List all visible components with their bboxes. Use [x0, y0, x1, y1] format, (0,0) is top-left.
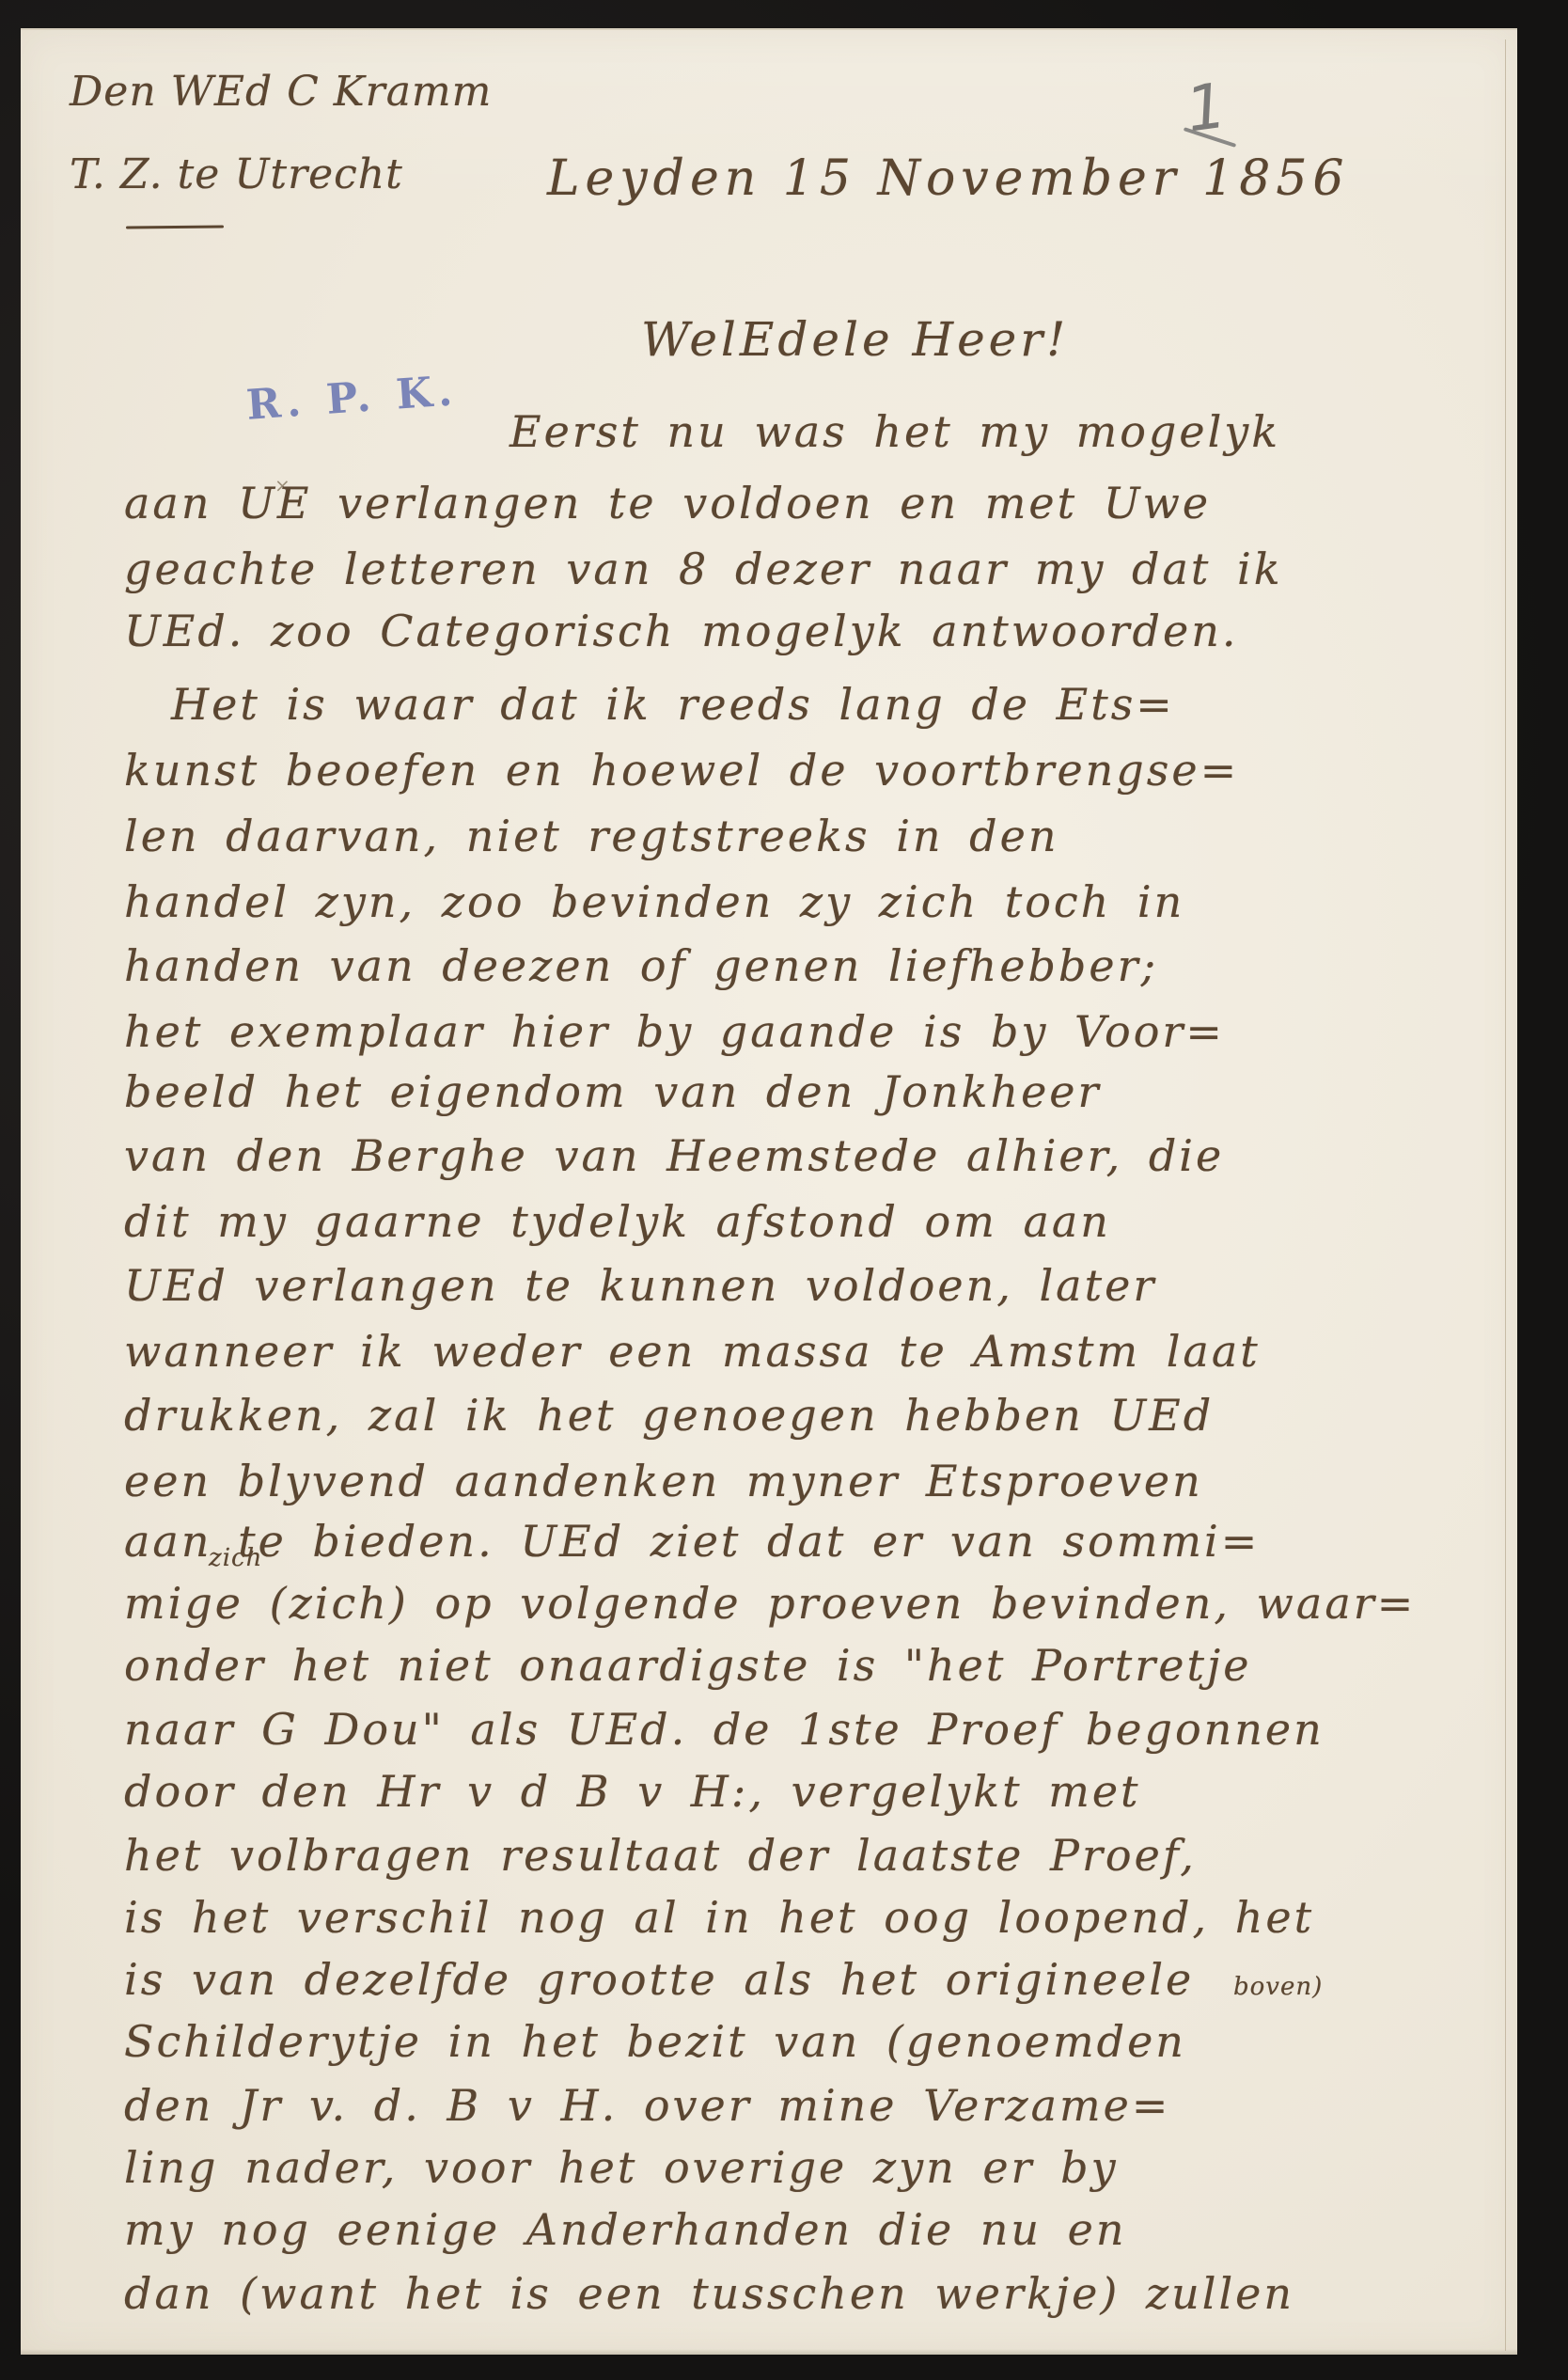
body-line: Schilderytje in het bezit van (genoemden: [124, 2016, 1186, 2067]
body-line: ling nader, voor het overige zyn er by: [124, 2142, 1119, 2193]
body-line: door den Hr v d B v H:, vergelykt met: [124, 1766, 1141, 1817]
body-line: onder het niet onaardigste is "het Portr…: [124, 1640, 1251, 1691]
body-line: het exemplaar hier by gaande is by Voor=: [124, 1006, 1225, 1057]
body-line: Het is waar dat ik reeds lang de Ets=: [171, 679, 1175, 730]
letter-page: Den WEd C Kramm T. Z. te Utrecht Leyden …: [21, 28, 1517, 2355]
body-line: dan (want het is een tusschen werkje) zu…: [124, 2268, 1294, 2319]
body-line: kunst beoefen en hoewel de voortbrengse=: [124, 745, 1239, 796]
body-line: den Jr v. d. B v H. over mine Verzame=: [124, 2080, 1170, 2131]
body-line: len daarvan, niet regtstreeks in den: [124, 811, 1058, 861]
body-line: van den Berghe van Heemstede alhier, die: [124, 1130, 1224, 1181]
body-line: handel zyn, zoo bevinden zy zich toch in: [124, 876, 1184, 927]
body-line: beeld het eigendom van den Jonkheer: [124, 1066, 1102, 1117]
body-line: naar G Dou" als UEd. de 1ste Proef begon…: [124, 1704, 1325, 1755]
body-line: drukken, zal ik het genoegen hebben UEd: [124, 1390, 1214, 1441]
body-line: handen van deezen of genen liefhebber;: [124, 940, 1158, 991]
body-line: een blyvend aandenken myner Etsproeven: [124, 1456, 1203, 1506]
interlinear-insertion: boven): [1233, 1973, 1323, 2001]
body-line: aan te bieden. UEd ziet dat er van sommi…: [124, 1516, 1260, 1567]
body-line: is het verschil nog al in het oog loopen…: [124, 1892, 1314, 1943]
interlinear-insertion: zich: [209, 1544, 262, 1572]
body-line: UEd. zoo Categorisch mogelyk antwoorden.: [124, 606, 1238, 656]
body-line: UEd verlangen te kunnen voldoen, later: [124, 1260, 1156, 1311]
letter-body: Eerst nu was het my mogelyk aan UE verla…: [21, 30, 1517, 2355]
body-line: geachte letteren van 8 dezer naar my dat…: [124, 544, 1283, 594]
body-line: aan UE verlangen te voldoen en met Uwe: [124, 478, 1211, 528]
body-line: Eerst nu was het my mogelyk: [510, 406, 1280, 457]
body-line: wanneer ik weder een massa te Amstm laat: [124, 1326, 1261, 1377]
body-line: mige (zich) op volgende proeven bevinden…: [124, 1578, 1416, 1629]
body-line: het volbragen resultaat der laatste Proe…: [124, 1830, 1197, 1881]
body-line: my nog eenige Anderhanden die nu en: [124, 2204, 1127, 2255]
body-line: is van dezelfde grootte als het originee…: [124, 1954, 1194, 2005]
paper-bottom-edge: [21, 2349, 1517, 2355]
body-line: dit my gaarne tydelyk afstond om aan: [124, 1196, 1111, 1247]
